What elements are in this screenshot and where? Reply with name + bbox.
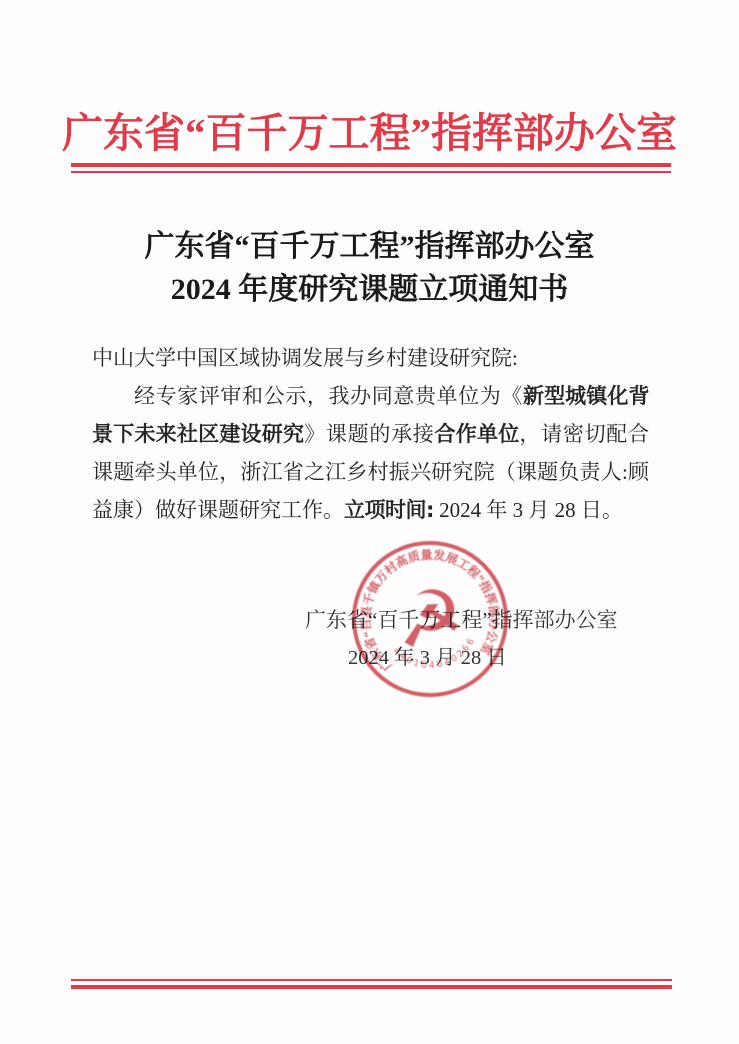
salutation: 中山大学中国区域协调发展与乡村建设研究院: [92,339,649,377]
footer-rule-thick [71,985,672,989]
bold-text-run: 合作单位 [435,422,520,446]
body-paragraph: 经专家评审和公示，我办同意贵单位为《新型城镇化背景下未来社区建设研究》课题的承接… [92,377,649,529]
document-title-line2: 2024 年度研究课题立项通知书 [0,264,739,308]
bold-text-run: 立项时间: [344,498,434,522]
official-seal: 广东省“百县千镇万村高质量发展工程”指挥部办公室 4401040402667 ☭ [350,539,510,699]
text-run: 》课题的承接 [304,422,434,446]
document-page: 广东省“百千万工程”指挥部办公室 广东省“百千万工程”指挥部办公室 2024 年… [0,0,739,1044]
document-title-line1: 广东省“百千万工程”指挥部办公室 [0,221,739,265]
text-run: 经专家评审和公示，我办同意贵单位为《 [134,384,523,408]
letterhead-org-name: 广东省“百千万工程”指挥部办公室 [0,100,739,159]
footer-rule-thin [71,979,672,981]
letterhead-rule-thin [71,171,671,173]
text-run: 2024 年 3 月 28 日。 [434,498,623,522]
letterhead-rule-thick [71,163,671,167]
document-body: 中山大学中国区域协调发展与乡村建设研究院: 经专家评审和公示，我办同意贵单位为《… [92,339,649,529]
hammer-and-sickle-icon: ☭ [391,571,468,667]
